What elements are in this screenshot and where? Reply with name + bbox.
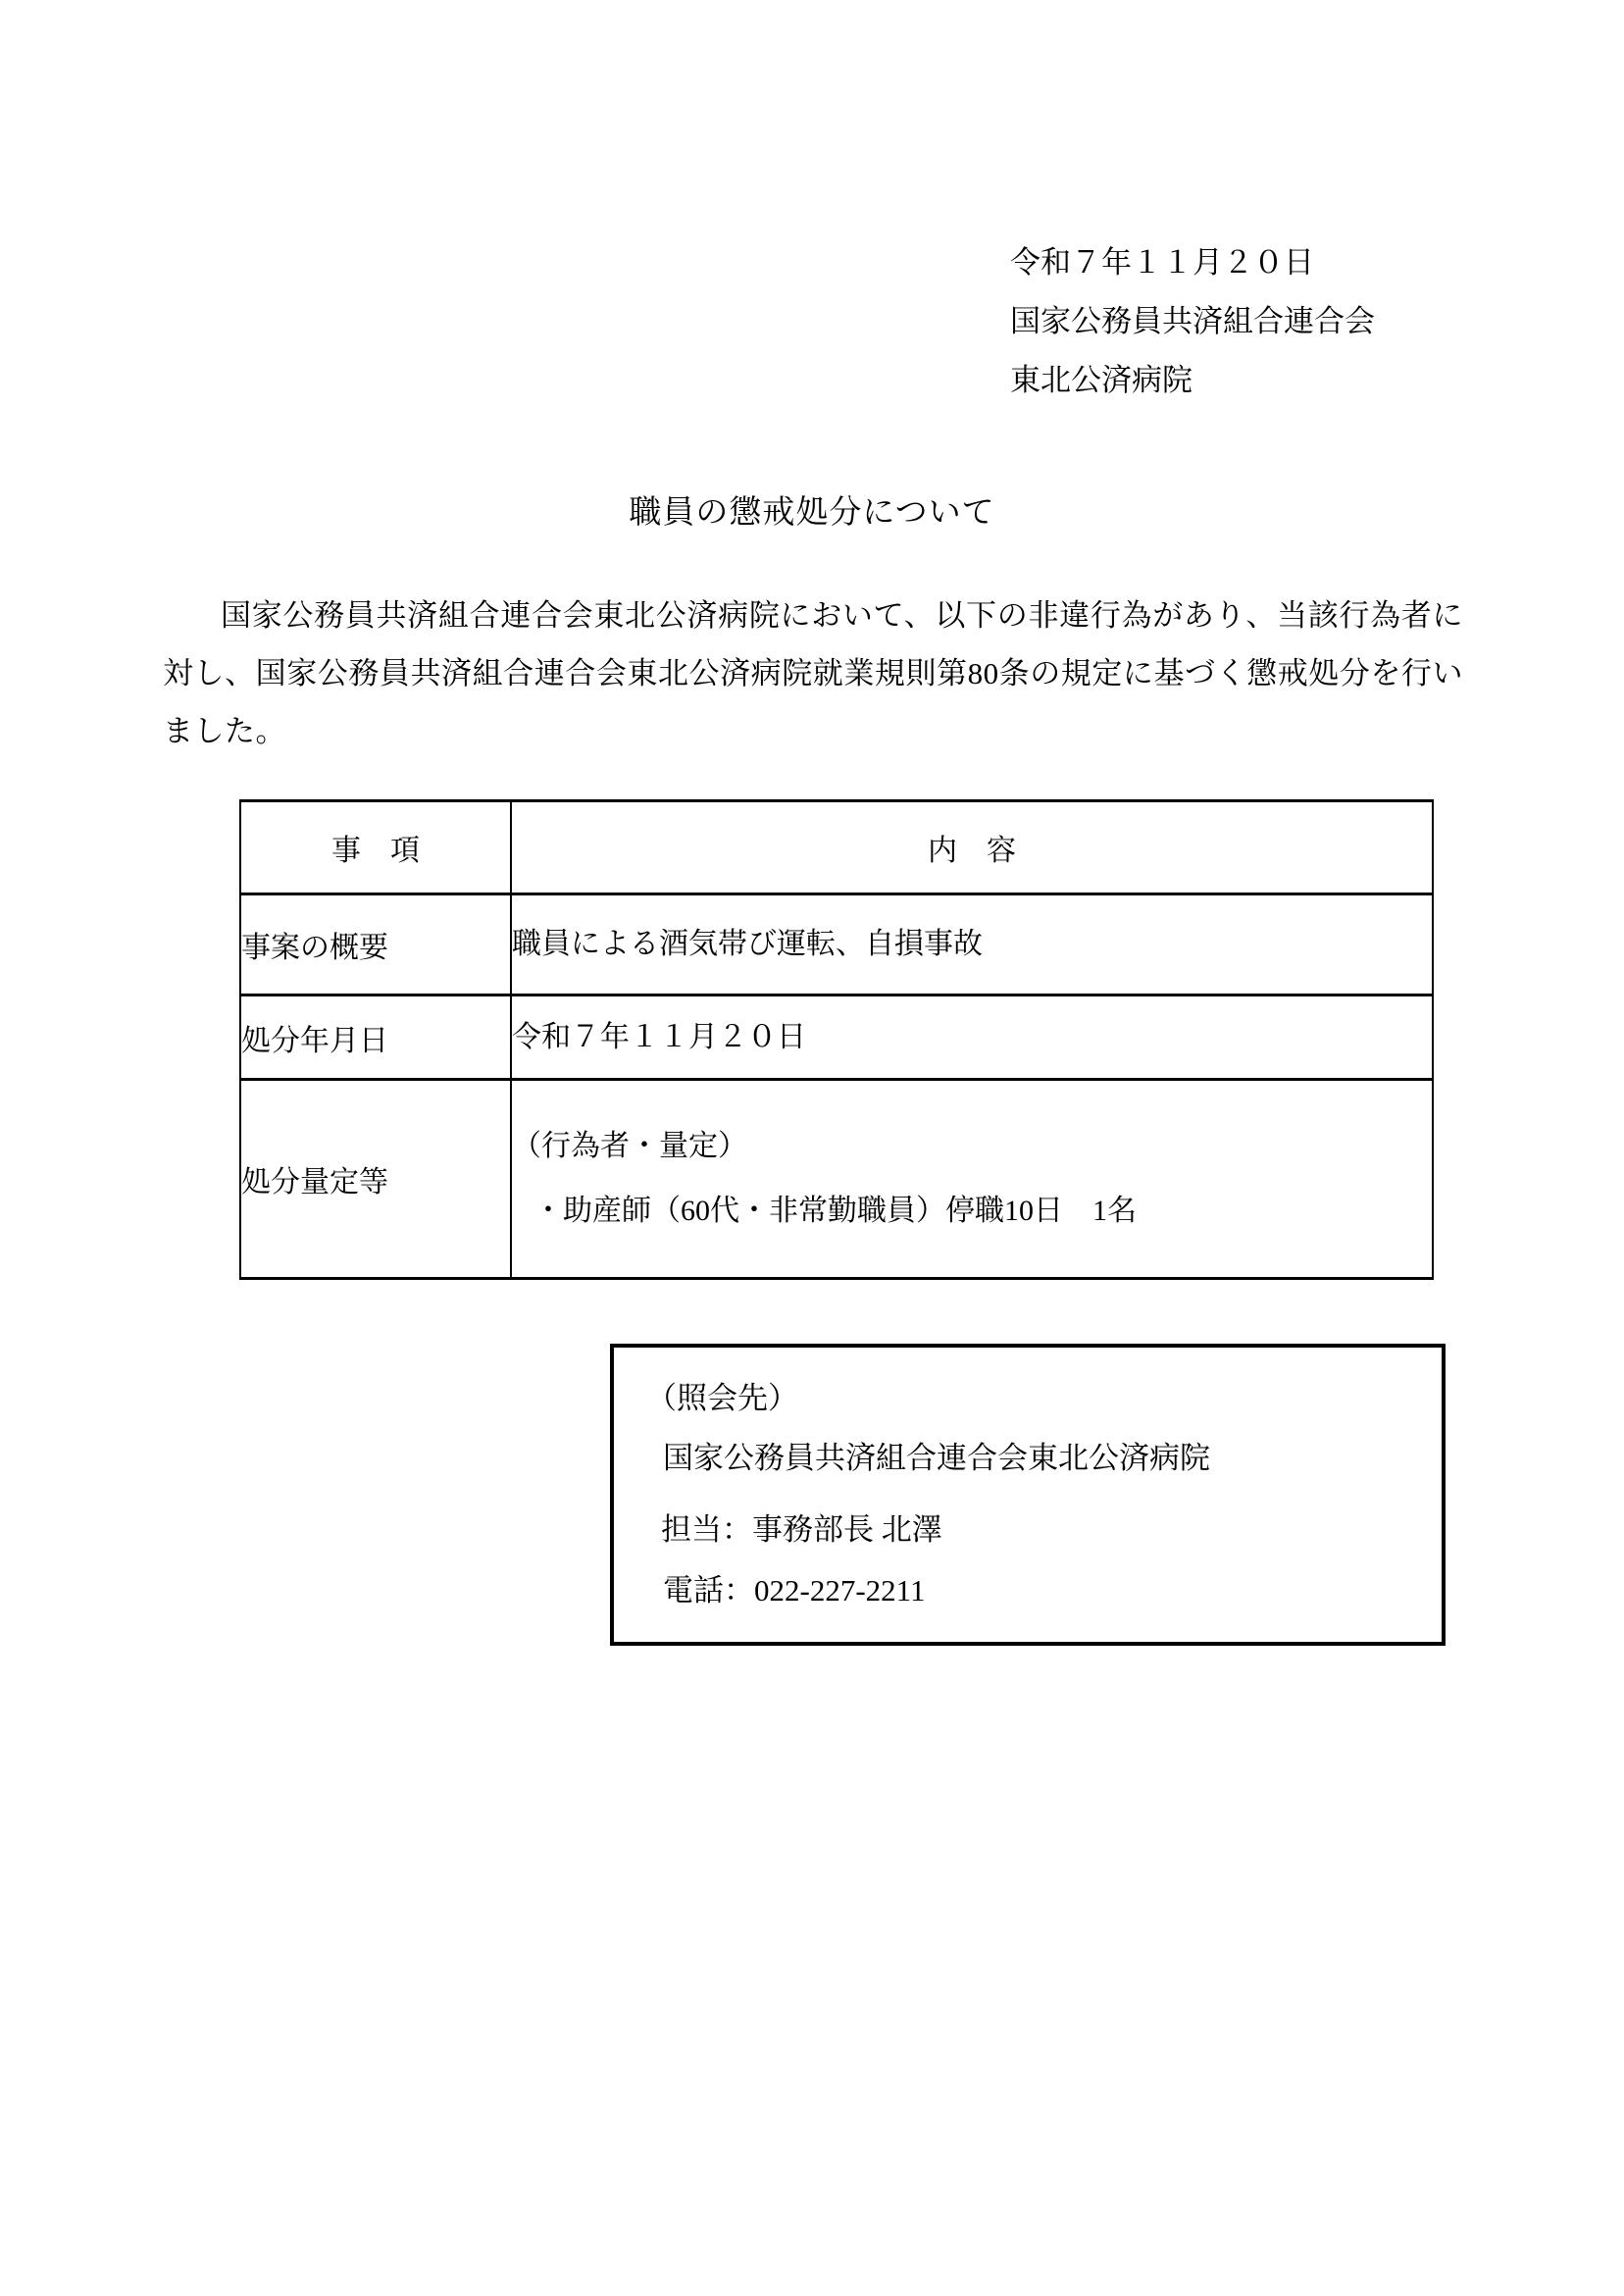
table-header-item: 事 項	[240, 801, 511, 894]
contact-heading: （照会先）	[646, 1379, 1442, 1418]
issuer-block: 令和７年１１月２０日 国家公務員共済組合連合会 東北公済病院	[1010, 233, 1375, 410]
row-content-line: ・助産師（60代・非常勤職員）停職10日 1名	[512, 1179, 1432, 1244]
disposition-table: 事 項 内 容 事案の概要 職員による酒気帯び運転、自損事故 処分年月日 令和７…	[239, 799, 1434, 1280]
contact-person: 担当：事務部長 北澤	[646, 1510, 1442, 1550]
table-header-row: 事 項 内 容	[240, 801, 1433, 894]
issuer-hospital: 東北公済病院	[1010, 351, 1375, 410]
issue-date: 令和７年１１月２０日	[1010, 233, 1375, 292]
document-title: 職員の懲戒処分について	[0, 486, 1624, 533]
contact-phone: 電話：022-227-2211	[646, 1571, 1442, 1610]
row-content: 職員による酒気帯び運転、自損事故	[511, 894, 1433, 995]
row-content: 令和７年１１月２０日	[511, 995, 1433, 1080]
contact-organization: 国家公務員共済組合連合会東北公済病院	[646, 1439, 1442, 1478]
table-row-disposition-measure: 処分量定等 （行為者・量定） ・助産師（60代・非常勤職員）停職10日 1名	[240, 1080, 1433, 1279]
contact-box: （照会先） 国家公務員共済組合連合会東北公済病院 担当：事務部長 北澤 電話：0…	[610, 1344, 1446, 1646]
row-label: 事案の概要	[240, 894, 511, 995]
body-paragraph: 国家公務員共済組合連合会東北公済病院において、以下の非違行為があり、当該行為者に…	[163, 587, 1463, 760]
row-content-line: （行為者・量定）	[512, 1114, 1432, 1179]
issuer-organization: 国家公務員共済組合連合会	[1010, 292, 1375, 351]
row-label: 処分量定等	[240, 1080, 511, 1279]
table-row-case-summary: 事案の概要 職員による酒気帯び運転、自損事故	[240, 894, 1433, 995]
row-label: 処分年月日	[240, 995, 511, 1080]
table-row-disposition-date: 処分年月日 令和７年１１月２０日	[240, 995, 1433, 1080]
table-header-content: 内 容	[511, 801, 1433, 894]
row-content-line: 職員による酒気帯び運転、自損事故	[512, 912, 1432, 977]
document-page: 令和７年１１月２０日 国家公務員共済組合連合会 東北公済病院 職員の懲戒処分につ…	[0, 0, 1624, 2296]
row-content-line: 令和７年１１月２０日	[512, 1005, 1432, 1070]
row-content: （行為者・量定） ・助産師（60代・非常勤職員）停職10日 1名	[511, 1080, 1433, 1279]
